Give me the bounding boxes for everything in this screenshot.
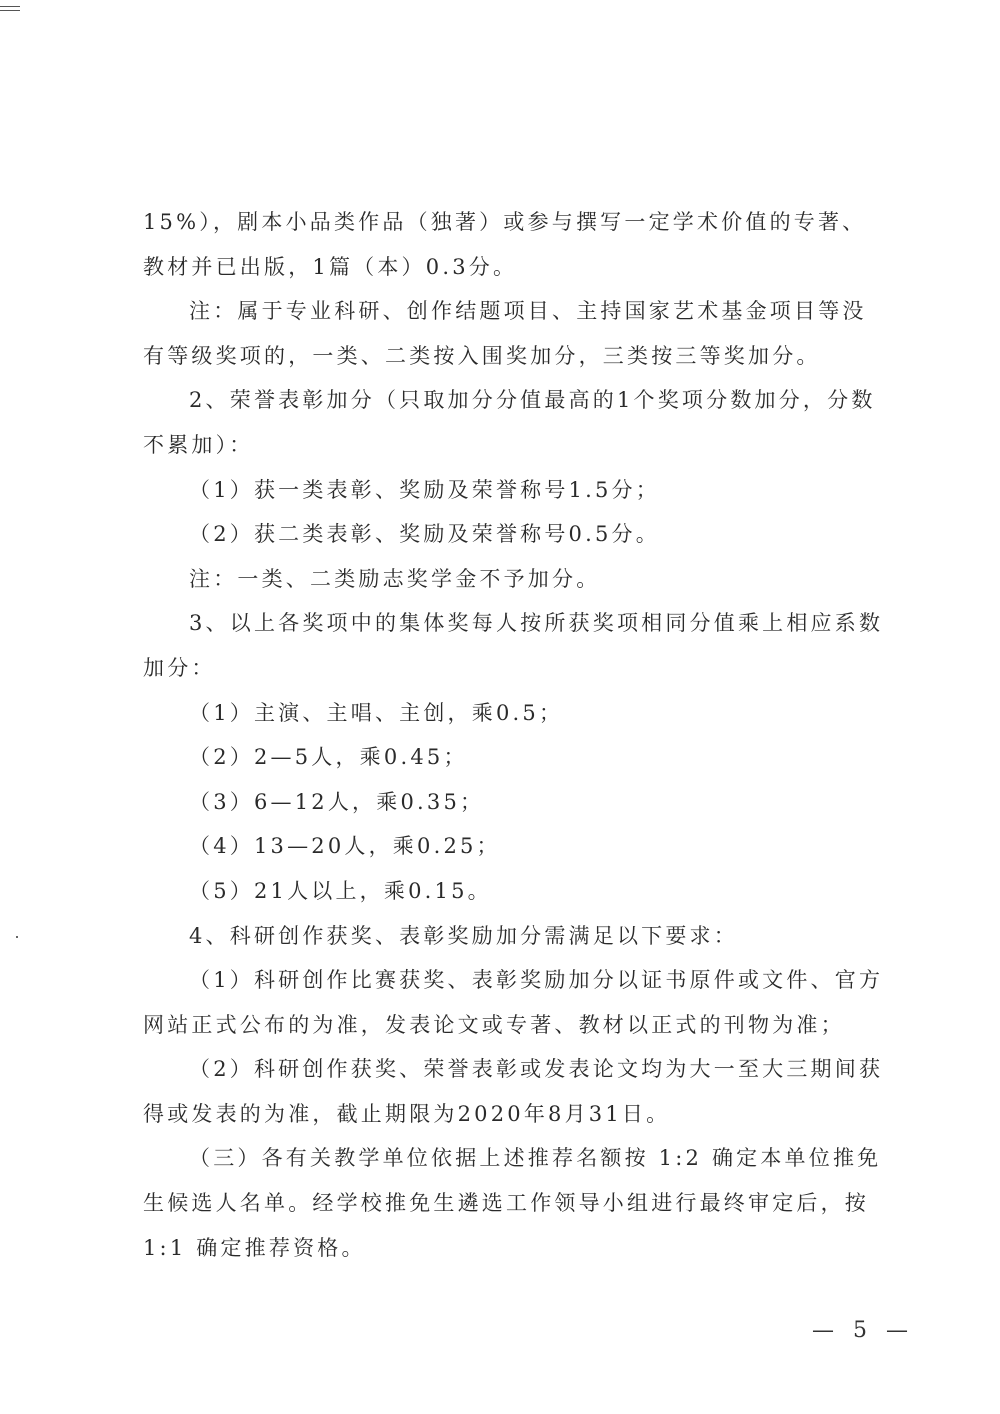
scan-speck [16,936,18,938]
text-line: 15%），剧本小品类作品（独著）或参与撰写一定学术价值的专著、 [143,200,903,245]
text-line: 生候选人名单。经学校推免生遴选工作领导小组进行最终审定后，按 [143,1181,903,1226]
text-line: 网站正式公布的为准，发表论文或专著、教材以正式的刊物为准； [143,1003,903,1048]
note-line: 注：属于专业科研、创作结题项目、主持国家艺术基金项目等没 [143,289,903,334]
page-number: — 5 — [812,1318,914,1343]
text-line: 得或发表的为准，截止期限为2020年8月31日。 [143,1092,903,1137]
section-heading-collective: 3、以上各奖项中的集体奖每人按所获奖项相同分值乘上相应系数 [143,601,903,646]
section-heading-honors: 2、荣誉表彰加分（只取加分分值最高的1个奖项分数加分，分数 [143,378,903,423]
text-line: 1:1 确定推荐资格。 [143,1226,903,1271]
text-line: 教材并已出版，1篇（本）0.3分。 [143,245,903,290]
list-item: （5）21人以上，乘0.15。 [143,869,903,914]
list-item: （1）获一类表彰、奖励及荣誉称号1.5分； [143,468,903,513]
list-item: （1）主演、主唱、主创，乘0.5； [143,691,903,736]
list-item: （2）科研创作获奖、荣誉表彰或发表论文均为大一至大三期间获 [143,1047,903,1092]
list-item: （3）6—12人，乘0.35； [143,780,903,825]
text-line: 有等级奖项的，一类、二类按入围奖加分，三类按三等奖加分。 [143,334,903,379]
text-line: 加分： [143,646,903,691]
document-body: 15%），剧本小品类作品（独著）或参与撰写一定学术价值的专著、 教材并已出版，1… [143,200,903,1270]
list-item: （2）获二类表彰、奖励及荣誉称号0.5分。 [143,512,903,557]
section-heading-requirements: 4、科研创作获奖、表彰奖励加分需满足以下要求： [143,914,903,959]
note-line: 注：一类、二类励志奖学金不予加分。 [143,557,903,602]
section-heading-three: （三）各有关教学单位依据上述推荐名额按 1:2 确定本单位推免 [143,1136,903,1181]
text-line: 不累加）： [143,423,903,468]
scan-corner-mark [0,6,20,11]
list-item: （1）科研创作比赛获奖、表彰奖励加分以证书原件或文件、官方 [143,958,903,1003]
list-item: （4）13—20人，乘0.25； [143,824,903,869]
list-item: （2）2—5人，乘0.45； [143,735,903,780]
